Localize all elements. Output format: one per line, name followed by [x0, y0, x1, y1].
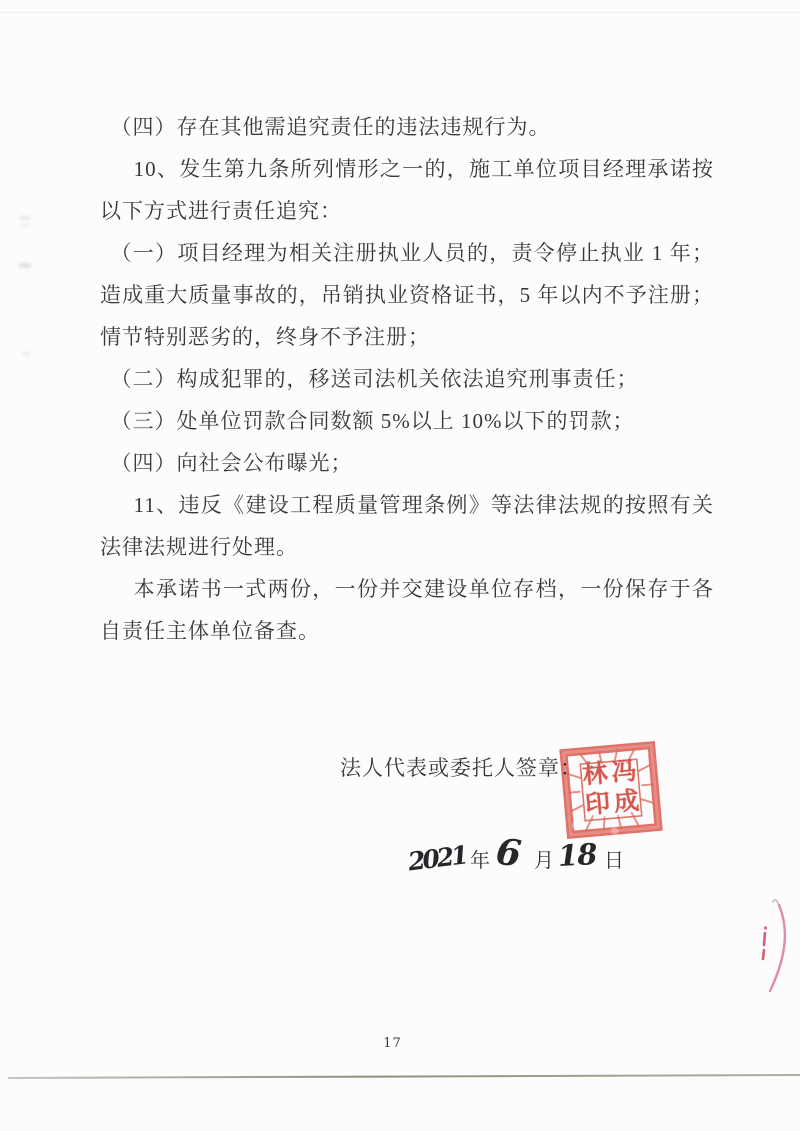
paragraph: （三）处单位罚款合同数额 5%以上 10%以下的罚款；: [100, 400, 714, 442]
seal-char-bottom-left: 印: [582, 789, 614, 821]
ink-bleed-smudge: [19, 216, 30, 220]
paragraph: （二）构成犯罪的，移送司法机关依法追究刑事责任；: [100, 358, 714, 400]
day-unit-label: 日: [604, 844, 624, 873]
paragraph: 本承诺书一式两份，一份并交建设单位存档，一份保存于各自责任主体单位备查。: [100, 568, 714, 652]
seal-characters: 林 冯 印 成: [579, 757, 642, 822]
page-number: 17: [0, 1036, 785, 1051]
paragraph: （四）向社会公布曝光；: [100, 442, 714, 484]
seal-char-bottom-right: 成: [611, 786, 643, 818]
paragraph: 11、违反《建设工程质量管理条例》等法律法规的按照有关法律法规进行处理。: [100, 484, 714, 568]
paragraph: 10、发生第九条所列情形之一的，施工单位项目经理承诺按以下方式进行责任追究：: [100, 148, 714, 232]
date-line: 2021 年 6 月 18 日: [408, 834, 648, 886]
pink-pen-mark: [752, 893, 800, 999]
scanned-document-page: （四）存在其他需追究责任的违法违规行为。10、发生第九条所列情形之一的，施工单位…: [0, 0, 800, 1131]
document-body: （四）存在其他需追究责任的违法违规行为。10、发生第九条所列情形之一的，施工单位…: [100, 106, 714, 652]
ink-bleed-smudge: [22, 352, 31, 356]
personal-seal-stamp: 林 冯 印 成: [558, 740, 664, 840]
ink-bleed-smudge: [20, 224, 29, 227]
month-unit-label: 月: [534, 844, 554, 873]
paragraph: （四）存在其他需追究责任的违法违规行为。: [100, 106, 714, 148]
paper-top-edge: [0, 0, 800, 13]
seal-char-top-right: 冯: [608, 757, 640, 789]
handwritten-day: 18: [557, 837, 597, 873]
handwritten-month: 6: [494, 831, 523, 875]
scanner-background: [0, 1079, 800, 1131]
handwritten-year: 2021: [406, 841, 467, 877]
year-unit-label: 年: [470, 844, 490, 873]
signature-label: 法人代表或委托人签章：: [340, 752, 582, 782]
ink-bleed-smudge: [19, 263, 31, 268]
paragraph: （一）项目经理为相关注册执业人员的，责令停止执业 1 年；造成重大质量事故的，吊…: [100, 232, 714, 358]
seal-char-top-left: 林: [579, 759, 611, 791]
